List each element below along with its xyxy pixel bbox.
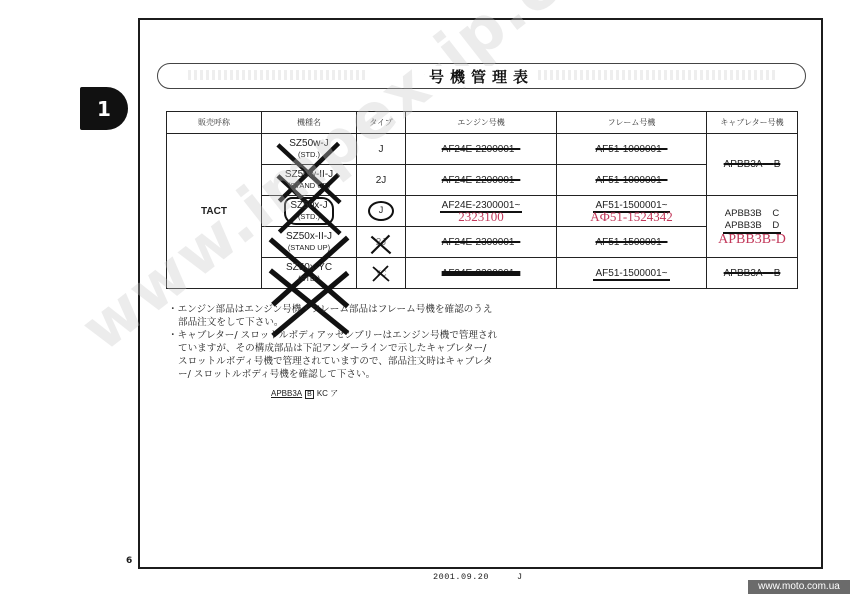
table-row: TACT SZ50w-J (STD.) J AF24E-2200001~ AF5… [167,134,798,165]
page-number: 6 [126,556,132,566]
footer-language: J [517,572,522,582]
carb-suffix: D [772,220,779,231]
faded-text-left [188,70,368,80]
engine-cell: AF24E-2200001~ [406,165,557,196]
circled-type: J [368,201,394,221]
engine-cell: AF24E-2300001~ [406,227,557,258]
code-kana: ア [330,389,338,398]
type-cell: J [357,134,406,165]
table-header-row: 販売呼称 機種名 タイプ エンジン号機 フレーム号機 キャブレター号機 [167,112,798,134]
note-engine-frame: ・エンジン部品はエンジン号機・フレーム部品はフレーム号機を確認のうえ部品注文をし… [168,303,498,329]
carburetor-cell: APBB3B C APBB3B D APBB3B-D [707,196,798,258]
table-row: SZ50x-II-J (STAND UP) 2J AF24E-2300001~ … [167,227,798,258]
model-name: SZ50x-YC [286,262,332,273]
type-cell: YC [357,258,406,289]
handwritten-engine-note: 2323100 [406,211,556,223]
section-badge: 1 [80,87,128,130]
engine-number: AF24E-2300001~ [442,268,521,279]
type-cell: 2J [357,165,406,196]
model-cell: SZ50w-II-J (STAND UP) [262,165,357,196]
site-badge[interactable]: www.moto.com.ua [748,580,850,594]
carburetor-number: APBB3A B [724,159,781,170]
model-cell: SZ50x-II-J (STAND UP) [262,227,357,258]
frame-number: AF51-1000001~ [595,175,667,186]
carb-suffix: B [774,268,781,279]
carburetor-cell: APBB3A B [707,258,798,289]
code-underlined: APBB3A [271,389,302,398]
section-number: 1 [97,97,111,121]
sales-name-cell: TACT [167,134,262,289]
model-cell: SZ50w-J (STD.) [262,134,357,165]
title-banner: 号機管理表 [157,63,806,89]
type-value: YC [375,269,386,278]
carburetor-line-1: APBB3B C [707,208,797,220]
circled-model: SZ50x-J (STD.) [284,197,333,225]
header-model-name: 機種名 [262,112,357,134]
model-sub: (STD.) [290,211,327,222]
engine-cell: AF24E-2200001~ [406,134,557,165]
carburetor-number: APBB3A B [724,268,781,279]
engine-cell: AF24E-2300001~ [406,258,557,289]
frame-number: AF51-1500001~ [593,268,669,281]
carb-suffix: B [774,159,781,170]
page-frame [138,18,823,569]
header-type: タイプ [357,112,406,134]
type-value: 2J [376,237,387,248]
code-example: APBB3ABKC ア [271,388,338,399]
frame-cell: AF51-1000001~ [557,134,707,165]
frame-number: AF51-1000001~ [595,144,667,155]
frame-cell: AF51-1500001~ [557,227,707,258]
model-name: SZ50x-II-J [286,231,332,242]
header-frame-number: フレーム号機 [557,112,707,134]
engine-number: AF24E-2300001~ [442,237,521,248]
faded-text-right [538,70,778,80]
model-name: SZ50x-J [290,200,327,211]
model-sub: (STAND UP) [262,242,356,253]
serial-number-table: 販売呼称 機種名 タイプ エンジン号機 フレーム号機 キャブレター号機 TACT… [166,111,798,289]
engine-cell: AF24E-2300001~ 2323100 [406,196,557,227]
frame-number: AF51-1500001~ [595,237,667,248]
note-carburetor: ・キャブレター/ スロットルボディアッセンブリーはエンジン号機で管理されています… [168,329,498,381]
model-name: SZ50w-II-J [285,169,333,180]
model-cell: SZ50x-J (STD.) [262,196,357,227]
carb-suffix: C [772,208,779,219]
table-row: SZ50w-II-J (STAND UP) 2J AF24E-2200001~ … [167,165,798,196]
carb-code: APBB3B [725,220,762,231]
carb-code: APBB3A [724,159,763,170]
carb-code: APBB3A [724,268,763,279]
header-engine-number: エンジン号機 [406,112,557,134]
model-sub: (STD.) [262,273,356,284]
page-title: 号機管理表 [425,66,538,87]
engine-number: AF24E-2200001~ [442,175,521,186]
type-cell: J [357,196,406,227]
handwritten-carb-note: APBB3B-D [707,234,797,246]
frame-cell: AF51-1500001~ AФ51-1524342 [557,196,707,227]
frame-cell: AF51-1500001~ [557,258,707,289]
carburetor-cell: APBB3A B [707,134,798,196]
notes-block: ・エンジン部品はエンジン号機・フレーム部品はフレーム号機を確認のうえ部品注文をし… [168,303,498,381]
engine-number: AF24E-2200001~ [442,144,521,155]
handwritten-frame-note: AФ51-1524342 [557,211,706,223]
header-sales-name: 販売呼称 [167,112,262,134]
type-cell: 2J [357,227,406,258]
table-row: SZ50x-J (STD.) J AF24E-2300001~ 2323100 … [167,196,798,227]
model-name: SZ50w-J [289,138,328,149]
model-sub: (STD.) [262,149,356,160]
carb-code: APBB3B [725,208,762,219]
frame-cell: AF51-1000001~ [557,165,707,196]
table-row: SZ50x-YC (STD.) YC AF24E-2300001~ AF51-1… [167,258,798,289]
model-cell: SZ50x-YC (STD.) [262,258,357,289]
header-carburetor-number: キャブレター号機 [707,112,798,134]
code-box: B [305,390,314,399]
footer-date: 2001.09.20 [433,572,489,582]
code-suffix: KC [317,389,328,398]
model-sub: (STAND UP) [262,180,356,191]
